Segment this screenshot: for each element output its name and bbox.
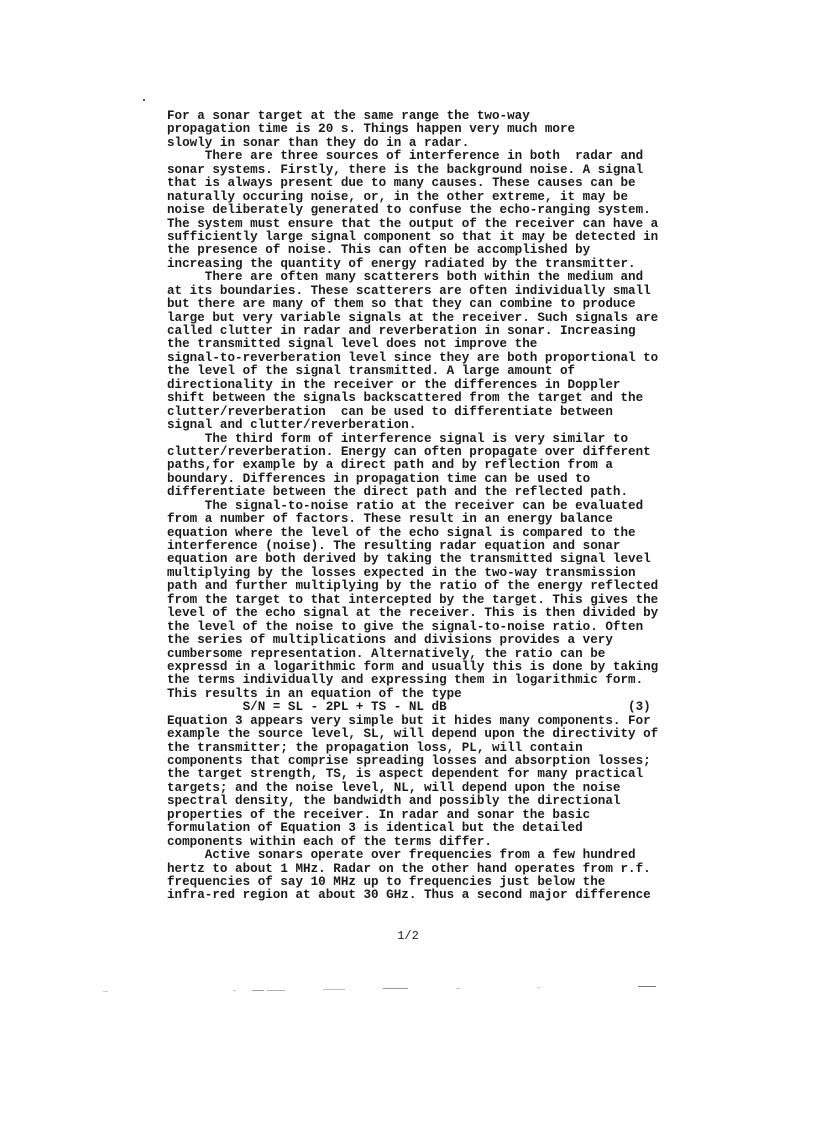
text-line: shift between the signals backscattered … — [167, 392, 658, 405]
text-line: increasing the quantity of energy radiat… — [167, 258, 658, 271]
text-line: There are three sources of interference … — [167, 150, 658, 163]
text-line: interference (noise). The resulting rada… — [167, 540, 658, 553]
text-line: properties of the receiver. In radar and… — [167, 809, 658, 822]
text-line: large but very variable signals at the r… — [167, 312, 658, 325]
text-line: the series of multiplications and divisi… — [167, 634, 658, 647]
text-line: hertz to about 1 MHz. Radar on the other… — [167, 863, 658, 876]
text-line: the target strength, TS, is aspect depen… — [167, 768, 658, 781]
text-line: components within each of the terms diff… — [167, 836, 658, 849]
text-line: sufficiently large signal component so t… — [167, 231, 658, 244]
text-line: Active sonars operate over frequencies f… — [167, 849, 658, 862]
text-line: signal and clutter/reverberation. — [167, 419, 658, 432]
page-number: 1/2 — [0, 929, 816, 943]
text-line: differentiate between the direct path an… — [167, 486, 658, 499]
text-line: clutter/reverberation. Energy can often … — [167, 446, 658, 459]
text-line: the presence of noise. This can often be… — [167, 244, 658, 257]
text-line: that is always present due to many cause… — [167, 177, 658, 190]
text-line: path and further multiplying by the rati… — [167, 580, 658, 593]
text-line: components that comprise spreading losse… — [167, 755, 658, 768]
document-body: For a sonar target at the same range the… — [167, 110, 658, 903]
text-line: paths,for example by a direct path and b… — [167, 459, 658, 472]
text-line: Equation 3 appears very simple but it hi… — [167, 715, 658, 728]
scan-artifacts — [0, 985, 816, 995]
text-line: called clutter in radar and reverberatio… — [167, 325, 658, 338]
text-line: noise deliberately generated to confuse … — [167, 204, 658, 217]
text-line: the level of the noise to give the signa… — [167, 621, 658, 634]
text-line: from the target to that intercepted by t… — [167, 594, 658, 607]
text-line: formulation of Equation 3 is identical b… — [167, 822, 658, 835]
text-line: boundary. Differences in propagation tim… — [167, 473, 658, 486]
text-line: For a sonar target at the same range the… — [167, 110, 658, 123]
text-line: The third form of interference signal is… — [167, 433, 658, 446]
text-line: The system must ensure that the output o… — [167, 218, 658, 231]
text-line: but there are many of them so that they … — [167, 298, 658, 311]
scan-speck — [143, 99, 145, 101]
equation-line: S/N = SL - 2PL + TS - NL dB (3) — [167, 701, 658, 714]
text-line: naturally occuring noise, or, in the oth… — [167, 191, 658, 204]
text-line: This results in an equation of the type — [167, 688, 658, 701]
text-line: spectral density, the bandwidth and poss… — [167, 795, 658, 808]
text-line: from a number of factors. These result i… — [167, 513, 658, 526]
text-line: propagation time is 20 s. Things happen … — [167, 123, 658, 136]
text-line: expressd in a logarithmic form and usual… — [167, 661, 658, 674]
text-line: level of the echo signal at the receiver… — [167, 607, 658, 620]
text-line: targets; and the noise level, NL, will d… — [167, 782, 658, 795]
text-line: frequencies of say 10 MHz up to frequenc… — [167, 876, 658, 889]
text-line: equation are both derived by taking the … — [167, 553, 658, 566]
text-line: example the source level, SL, will depen… — [167, 728, 658, 741]
text-line: slowly in sonar than they do in a radar. — [167, 137, 658, 150]
text-line: directionality in the receiver or the di… — [167, 379, 658, 392]
text-line: There are often many scatterers both wit… — [167, 271, 658, 284]
text-line: multiplying by the losses expected in th… — [167, 567, 658, 580]
text-line: the level of the signal transmitted. A l… — [167, 365, 658, 378]
text-line: infra-red region at about 30 GHz. Thus a… — [167, 889, 658, 902]
text-line: the transmitted signal level does not im… — [167, 338, 658, 351]
text-line: signal-to-reverberation level since they… — [167, 352, 658, 365]
text-line: at its boundaries. These scatterers are … — [167, 285, 658, 298]
text-line: equation where the level of the echo sig… — [167, 527, 658, 540]
text-line: the transmitter; the propagation loss, P… — [167, 742, 658, 755]
text-line: The signal-to-noise ratio at the receive… — [167, 500, 658, 513]
text-line: the terms individually and expressing th… — [167, 674, 658, 687]
text-line: cumbersome representation. Alternatively… — [167, 648, 658, 661]
text-line: clutter/reverberation can be used to dif… — [167, 406, 658, 419]
text-line: sonar systems. Firstly, there is the bac… — [167, 164, 658, 177]
